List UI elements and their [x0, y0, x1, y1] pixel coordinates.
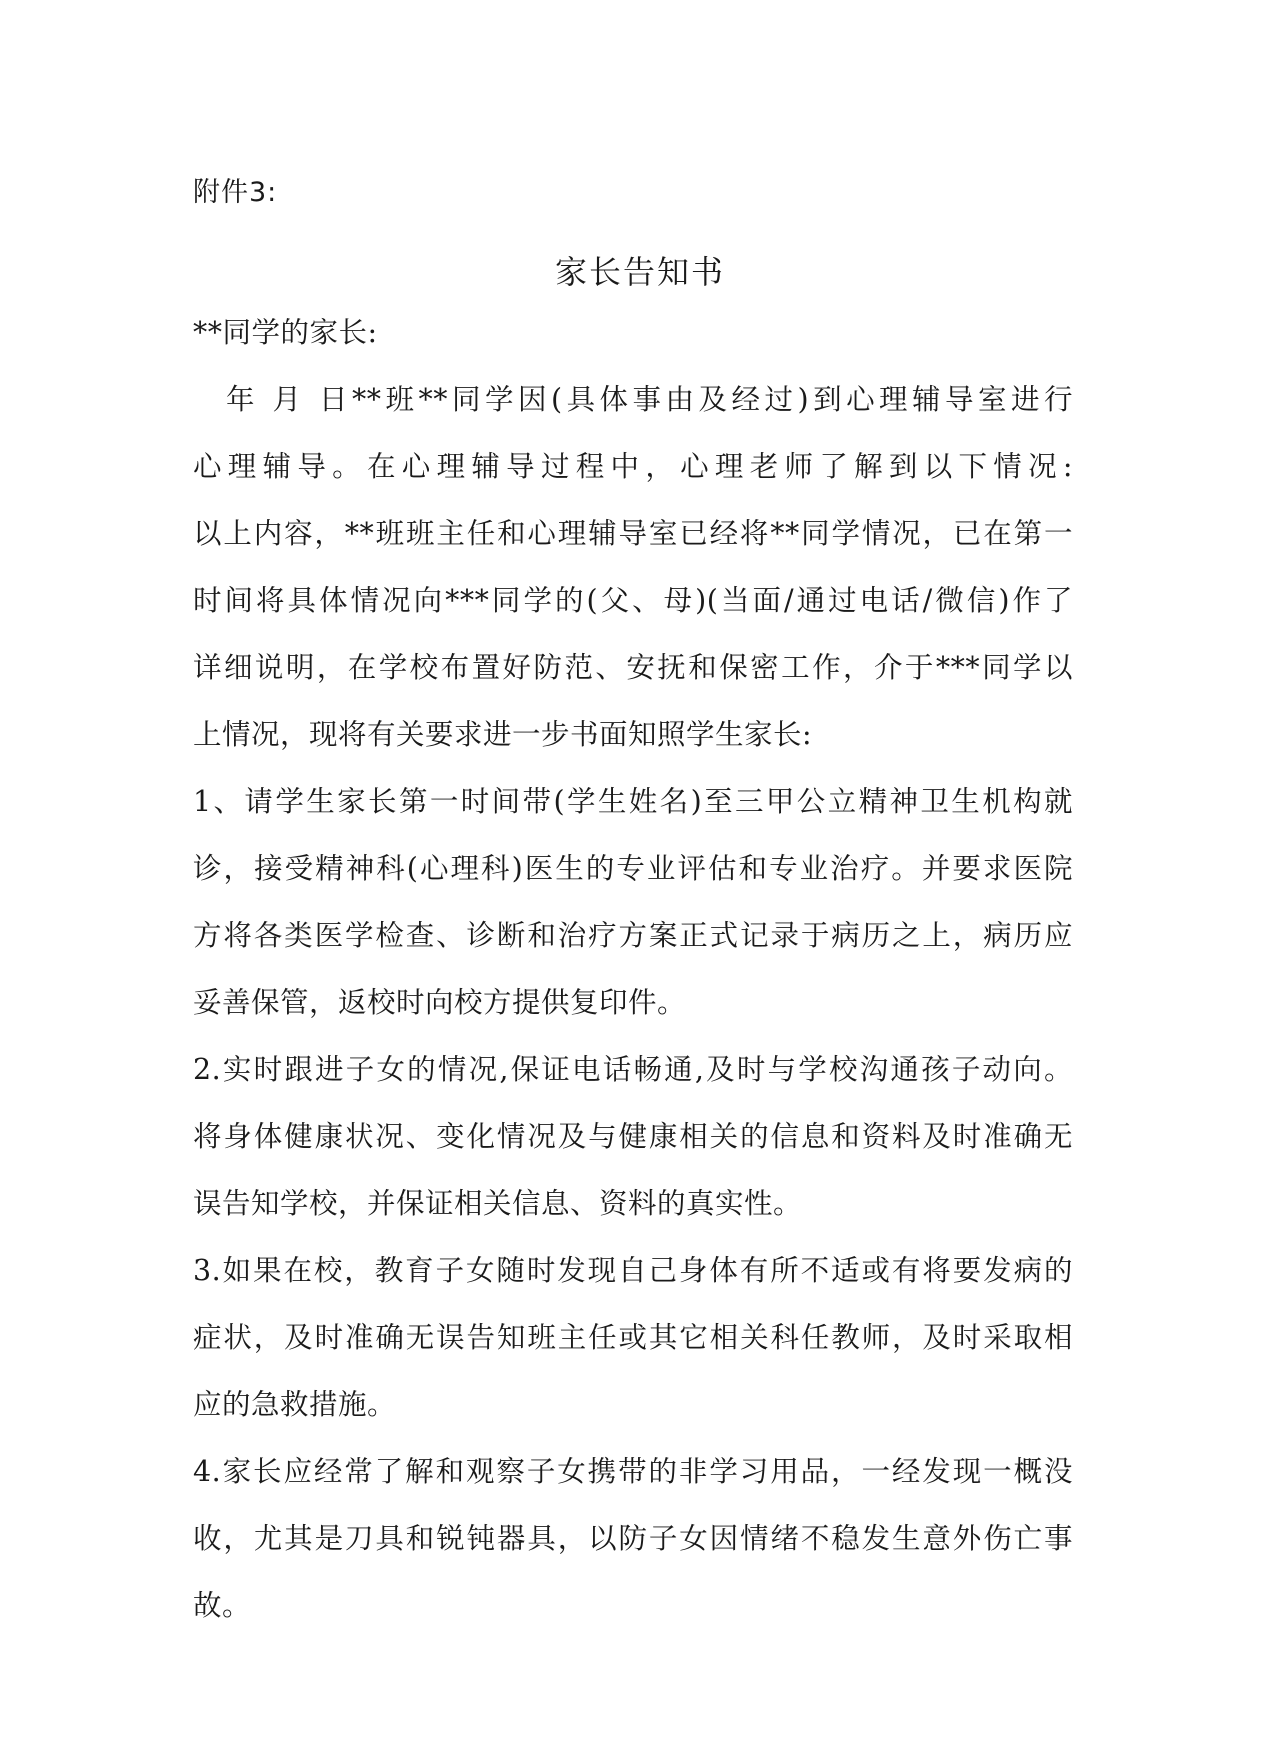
- requirement-1-line: 1、请学生家长第一时间带(学生姓名)至三甲公立精神卫生机构就: [193, 785, 1073, 819]
- requirement-2-line: 2.实时跟进子女的情况,保证电话畅通,及时与学校沟通孩子动向。: [193, 1053, 1073, 1087]
- requirement-3-line: 症状，及时准确无误告知班主任或其它相关科任教师，及时采取相: [193, 1321, 1073, 1355]
- document-title: 家长告知书: [0, 247, 1280, 293]
- salutation: **同学的家长:: [193, 316, 1073, 350]
- attachment-label: 附件3:: [193, 170, 277, 209]
- requirement-1-line: 诊，接受精神科(心理科)医生的专业评估和专业治疗。并要求医院: [193, 852, 1073, 886]
- requirement-3-line: 3.如果在校，教育子女随时发现自己身体有所不适或有将要发病的: [193, 1254, 1073, 1288]
- requirement-4-line: 收，尤其是刀具和锐钝器具，以防子女因情绪不稳发生意外伤亡事: [193, 1522, 1073, 1556]
- body-line: 心理辅导。在心理辅导过程中，心理老师了解到以下情况:: [193, 450, 1073, 484]
- body-line: 以上内容，**班班主任和心理辅导室已经将**同学情况，已在第一: [193, 517, 1073, 551]
- requirement-4-line: 4.家长应经常了解和观察子女携带的非学习用品，一经发现一概没: [193, 1455, 1073, 1489]
- document-page: 附件3: 家长告知书 **同学的家长: 年 月 日**班**同学因(具体事由及经…: [0, 0, 1280, 1737]
- requirement-3-line: 应的急救措施。: [193, 1388, 1073, 1422]
- requirement-1-line: 妥善保管，返校时向校方提供复印件。: [193, 986, 1073, 1020]
- body-line: 时间将具体情况向***同学的(父、母)(当面/通过电话/微信)作了: [193, 584, 1073, 618]
- body-line: 详细说明，在学校布置好防范、安抚和保密工作，介于***同学以: [193, 651, 1073, 685]
- body-line: 上情况，现将有关要求进一步书面知照学生家长:: [193, 718, 1073, 752]
- requirement-4-line: 故。: [193, 1589, 1073, 1623]
- requirement-2-line: 将身体健康状况、变化情况及与健康相关的信息和资料及时准确无: [193, 1120, 1073, 1154]
- requirement-1-line: 方将各类医学检查、诊断和治疗方案正式记录于病历之上，病历应: [193, 919, 1073, 953]
- requirement-2-line: 误告知学校，并保证相关信息、资料的真实性。: [193, 1187, 1073, 1221]
- body-line: 年 月 日**班**同学因(具体事由及经过)到心理辅导室进行: [193, 383, 1073, 417]
